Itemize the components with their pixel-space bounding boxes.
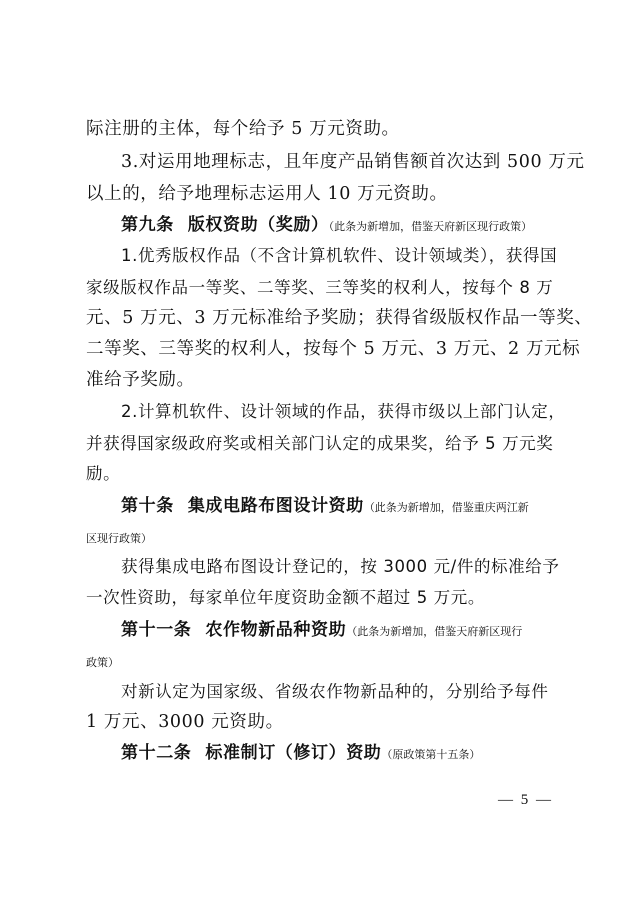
article-12-heading: 第十二条标准制订（修订）资助（原政策第十五条） bbox=[121, 742, 554, 766]
article-note: （原政策第十五条） bbox=[381, 748, 480, 761]
article-note-continued: 区现行政策） bbox=[86, 528, 554, 550]
paragraph-line: 2.计算机软件、设计领域的作品，获得市级以上部门认定， bbox=[121, 401, 554, 423]
document-page: 际注册的主体，每个给予 5 万元资助。 3.对运用地理标志，且年度产品销售额首次… bbox=[0, 0, 636, 900]
paragraph-line: 1.优秀版权作品（不含计算机软件、设计领域类），获得国 bbox=[121, 245, 554, 267]
article-title: 版权资助（奖励） bbox=[188, 215, 329, 235]
article-note: （此条为新增加，借鉴天府新区现行政策） bbox=[329, 220, 533, 233]
article-10-heading: 第十条集成电路布图设计资助（此条为新增加，借鉴重庆两江新 bbox=[121, 495, 554, 519]
article-title: 农作物新品种资助 bbox=[205, 620, 346, 640]
paragraph-line: 获得集成电路布图设计登记的，按 3000 元/件的标准给予 bbox=[121, 556, 554, 578]
article-number: 第十二条 bbox=[121, 743, 191, 763]
paragraph-line: 以上的，给予地理标志运用人 10 万元资助。 bbox=[86, 183, 554, 205]
article-title: 集成电路布图设计资助 bbox=[188, 496, 364, 516]
paragraph-line: 1 万元、3000 元资助。 bbox=[86, 711, 554, 733]
article-title: 标准制订（修订）资助 bbox=[205, 743, 381, 763]
article-number: 第十条 bbox=[121, 496, 174, 516]
paragraph-line: 际注册的主体，每个给予 5 万元资助。 bbox=[86, 118, 554, 140]
paragraph-line: 家级版权作品一等奖、二等奖、三等奖的权利人，按每个 8 万 bbox=[86, 277, 554, 299]
paragraph-line: 对新认定为国家级、省级农作物新品种的，分别给予每件 bbox=[121, 681, 554, 703]
article-9-heading: 第九条版权资助（奖励）（此条为新增加，借鉴天府新区现行政策） bbox=[121, 214, 554, 238]
article-11-heading: 第十一条农作物新品种资助（此条为新增加，借鉴天府新区现行 bbox=[121, 619, 554, 643]
paragraph-line: 励。 bbox=[86, 463, 554, 485]
article-note-continued: 政策） bbox=[86, 652, 554, 674]
paragraph-line: 3.对运用地理标志，且年度产品销售额首次达到 500 万元 bbox=[121, 151, 554, 173]
paragraph-line: 并获得国家级政府奖或相关部门认定的成果奖，给予 5 万元奖 bbox=[86, 433, 554, 455]
paragraph-line: 二等奖、三等奖的权利人，按每个 5 万元、3 万元、2 万元标 bbox=[86, 338, 554, 360]
page-number: — 5 — bbox=[498, 792, 553, 809]
paragraph-line: 准给予奖励。 bbox=[86, 369, 554, 391]
paragraph-line: 一次性资助，每家单位年度资助金额不超过 5 万元。 bbox=[86, 587, 554, 609]
article-number: 第十一条 bbox=[121, 620, 191, 640]
article-number: 第九条 bbox=[121, 215, 174, 235]
paragraph-line: 元、5 万元、3 万元标准给予奖励；获得省级版权作品一等奖、 bbox=[86, 307, 554, 329]
article-note: （此条为新增加，借鉴重庆两江新 bbox=[364, 501, 529, 514]
article-note: （此条为新增加，借鉴天府新区现行 bbox=[346, 625, 522, 638]
